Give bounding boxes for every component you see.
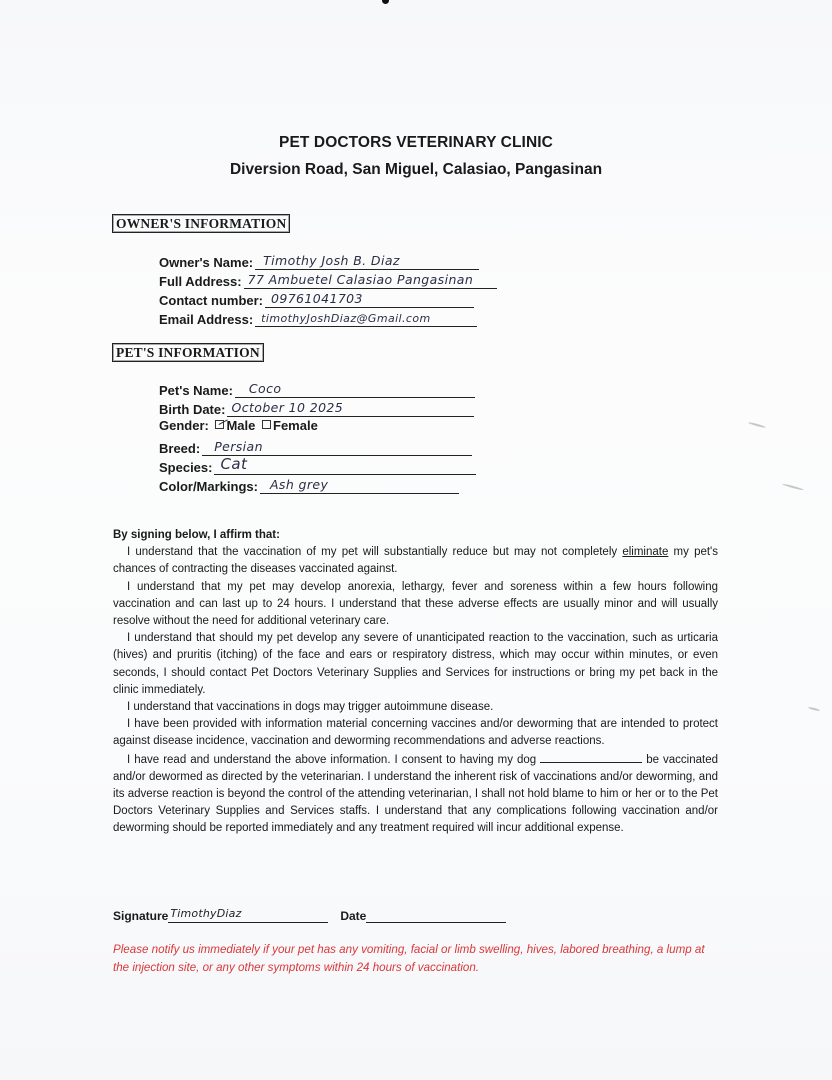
full-address-value: 77 Ambuetel Calasiao Pangasinan [248,272,474,287]
field-label: Breed: [159,441,200,456]
gender-label: Gender: [159,418,209,433]
email-address-field[interactable]: Email Address: timothyJoshDiaz@Gmail.com [159,308,477,327]
female-checkbox[interactable] [262,420,271,429]
clinic-name: PET DOCTORS VETERINARY CLINIC [0,134,832,152]
full-address-field[interactable]: Full Address: 77 Ambuetel Calasiao Panga… [159,270,497,289]
affirmation-paragraph: I have been provided with information ma… [113,716,718,750]
date-field[interactable] [366,903,506,923]
affirmation-paragraph: I understand that vaccinations in dogs m… [113,699,718,716]
birth-date-value: October 10 2025 [231,400,343,415]
scan-smudge [808,706,820,711]
underlined-word: eliminate [622,546,668,558]
species-value: Cat [220,455,247,473]
field-label: Email Address: [159,312,253,327]
affirmation-block: By signing below, I affirm that: I under… [113,527,718,838]
clinic-address: Diversion Road, San Miguel, Calasiao, Pa… [0,161,832,179]
breed-value: Persian [214,439,263,454]
signature-row: Signature TimothyDiaz Date [113,903,506,923]
species-field[interactable]: Species: Cat [159,456,476,475]
scan-smudge [782,483,804,491]
color-markings-field[interactable]: Color/Markings: Ash grey [159,475,459,494]
date-label: Date [340,909,366,923]
email-address-value: timothyJoshDiaz@Gmail.com [261,312,430,325]
birth-date-field[interactable]: Birth Date: October 10 2025 [159,398,474,417]
affirmation-heading: By signing below, I affirm that: [113,527,718,544]
female-option-label: Female [273,418,318,433]
affirmation-text: I understand that the vaccination of my … [127,546,622,558]
affirmation-paragraph: I understand that should my pet develop … [113,630,718,699]
affirmation-paragraph: I understand that the vaccination of my … [113,544,718,578]
field-label: Pet's Name: [159,383,233,398]
pet-section-title: PET'S INFORMATION [112,343,264,362]
field-label: Contact number: [159,293,263,308]
field-label: Birth Date: [159,402,225,417]
affirmation-text: I have read and understand the above inf… [127,754,536,766]
owner-name-field[interactable]: Owner's Name: Timothy Josh B. Diaz [159,251,479,270]
scan-speck [382,0,389,4]
signature-field[interactable]: TimothyDiaz [168,903,328,923]
signature-label: Signature [113,909,168,923]
breed-field[interactable]: Breed: Persian [159,437,472,456]
signature-value: TimothyDiaz [170,907,241,920]
field-label: Color/Markings: [159,479,258,494]
dog-name-blank[interactable] [540,751,642,763]
contact-number-field[interactable]: Contact number: 09761041703 [159,289,474,308]
affirmation-paragraph: I have read and understand the above inf… [113,751,718,838]
male-option-label: Male [226,418,255,433]
color-markings-value: Ash grey [270,477,328,492]
scan-smudge [748,422,766,429]
pet-name-value: Coco [249,381,282,396]
post-vaccination-notice: Please notify us immediately if your pet… [113,941,713,977]
owner-name-value: Timothy Josh B. Diaz [263,253,400,268]
field-label: Owner's Name: [159,255,253,270]
contact-number-value: 09761041703 [271,291,363,306]
affirmation-paragraph: I understand that my pet may develop ano… [113,579,718,631]
owner-section-title: OWNER'S INFORMATION [112,214,290,233]
field-label: Species: [159,460,212,475]
pet-name-field[interactable]: Pet's Name: Coco [159,379,475,398]
gender-field: Gender: Male Female [159,418,318,433]
scanned-form-page: PET DOCTORS VETERINARY CLINIC Diversion … [0,0,832,1080]
field-label: Full Address: [159,274,242,289]
male-checkbox[interactable] [215,420,224,429]
